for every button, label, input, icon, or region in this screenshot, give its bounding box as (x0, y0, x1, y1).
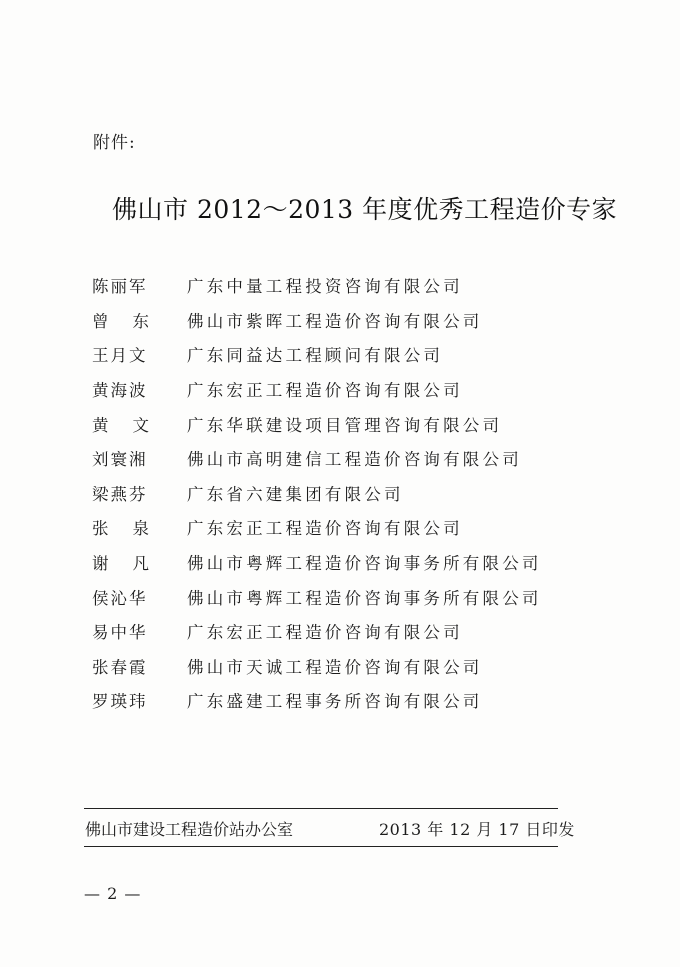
expert-name: 梁燕芬 (92, 481, 187, 505)
expert-name: 黄文 (92, 412, 187, 436)
expert-row: 罗瑛玮 广东盛建工程事务所咨询有限公司 (92, 683, 612, 718)
expert-company: 广东省六建集团有限公司 (187, 481, 404, 505)
expert-row: 梁燕芬 广东省六建集团有限公司 (92, 476, 612, 511)
expert-row: 张春霞 佛山市天诚工程造价咨询有限公司 (92, 649, 612, 684)
footer-divider-top (84, 808, 558, 809)
expert-company: 佛山市天诚工程造价咨询有限公司 (187, 654, 483, 678)
expert-company: 佛山市紫晖工程造价咨询有限公司 (187, 308, 483, 332)
expert-row: 张泉 广东宏正工程造价咨询有限公司 (92, 510, 612, 545)
page-number: — 2 — (84, 884, 141, 903)
expert-row: 易中华 广东宏正工程造价咨询有限公司 (92, 614, 612, 649)
expert-company: 广东宏正工程造价咨询有限公司 (187, 377, 463, 401)
expert-name: 罗瑛玮 (92, 688, 187, 712)
expert-name: 刘寰湘 (92, 446, 187, 470)
expert-company: 佛山市粤辉工程造价咨询事务所有限公司 (187, 550, 542, 574)
expert-row: 黄文 广东华联建设项目管理咨询有限公司 (92, 406, 612, 441)
expert-row: 谢凡 佛山市粤辉工程造价咨询事务所有限公司 (92, 545, 612, 580)
expert-company: 佛山市高明建信工程造价咨询有限公司 (187, 446, 522, 470)
expert-company: 广东华联建设项目管理咨询有限公司 (187, 412, 502, 436)
issuing-office: 佛山市建设工程造价站办公室 (85, 817, 293, 840)
expert-company: 广东宏正工程造价咨询有限公司 (187, 515, 463, 539)
expert-company: 广东中量工程投资咨询有限公司 (187, 273, 463, 297)
expert-row: 黄海波 广东宏正工程造价咨询有限公司 (92, 372, 612, 407)
attachment-label: 附件: (93, 128, 136, 153)
document-page: 附件: 佛山市 2012～2013 年度优秀工程造价专家 陈丽军 广东中量工程投… (0, 0, 680, 967)
expert-name: 易中华 (92, 619, 187, 643)
expert-list: 陈丽军 广东中量工程投资咨询有限公司 曾东 佛山市紫晖工程造价咨询有限公司 王月… (92, 268, 612, 718)
expert-name: 张泉 (92, 515, 187, 539)
expert-company: 广东宏正工程造价咨询有限公司 (187, 619, 463, 643)
document-title: 佛山市 2012～2013 年度优秀工程造价专家 (112, 190, 617, 226)
expert-row: 侯沁华 佛山市粤辉工程造价咨询事务所有限公司 (92, 579, 612, 614)
expert-name: 王月文 (92, 342, 187, 366)
expert-name: 曾东 (92, 308, 187, 332)
expert-row: 王月文 广东同益达工程顾问有限公司 (92, 337, 612, 372)
expert-row: 陈丽军 广东中量工程投资咨询有限公司 (92, 268, 612, 303)
issue-date: 2013 年 12 月 17 日印发 (379, 817, 575, 840)
expert-name: 黄海波 (92, 377, 187, 401)
expert-name: 侯沁华 (92, 585, 187, 609)
expert-name: 张春霞 (92, 654, 187, 678)
footer-divider-bottom (84, 846, 558, 847)
expert-name: 陈丽军 (92, 273, 187, 297)
expert-row: 刘寰湘 佛山市高明建信工程造价咨询有限公司 (92, 441, 612, 476)
expert-name: 谢凡 (92, 550, 187, 574)
expert-company: 佛山市粤辉工程造价咨询事务所有限公司 (187, 585, 542, 609)
expert-company: 广东盛建工程事务所咨询有限公司 (187, 688, 483, 712)
expert-row: 曾东 佛山市紫晖工程造价咨询有限公司 (92, 303, 612, 338)
expert-company: 广东同益达工程顾问有限公司 (187, 342, 443, 366)
